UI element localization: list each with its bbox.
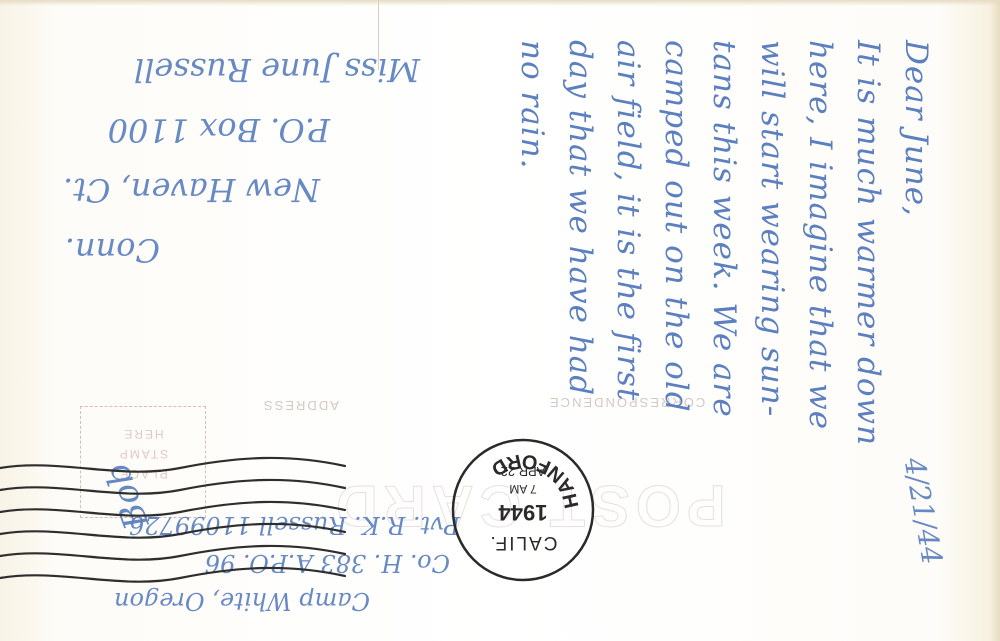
message-line: no rain. [508, 40, 556, 446]
postmark: HANFORD CALIF. 1944 7 AM APR 22 [448, 435, 598, 585]
recipient-line: New Haven, Ct. [40, 160, 420, 220]
cancellation-lines [0, 450, 360, 620]
svg-text:APR 22: APR 22 [501, 464, 546, 479]
recipient-line: P.O. Box 1100 [40, 100, 420, 160]
message-line: air field, it is the first [604, 40, 652, 446]
date-note: 4/21/44 [898, 455, 949, 567]
postcard-back: CORRESPONDENCE ADDRESS POST CARD HERE ST… [0, 0, 1000, 641]
message-line: It is much warmer down [844, 40, 892, 446]
message-line: camped out on the old [652, 40, 700, 446]
message-line: here, I imagine that we [796, 40, 844, 446]
recipient-line: Miss June Russell [40, 40, 420, 100]
message-line: will start wearing sun- [748, 40, 796, 446]
recipient-address: Conn. New Haven, Ct. P.O. Box 1100 Miss … [40, 20, 420, 280]
message-line: Dear June, [892, 40, 940, 446]
printed-label-address: ADDRESS [262, 398, 339, 413]
stamp-box-text: HERE [81, 427, 205, 441]
recipient-line: Conn. [40, 220, 420, 280]
message-line: day that we have had [556, 40, 604, 446]
message-line: tans this week. We are [700, 40, 748, 446]
svg-text:1944: 1944 [498, 500, 548, 525]
svg-text:7 AM: 7 AM [509, 482, 536, 496]
handwritten-message: Dear June, It is much warmer down here, … [508, 40, 940, 446]
svg-text:CALIF.: CALIF. [488, 532, 557, 553]
